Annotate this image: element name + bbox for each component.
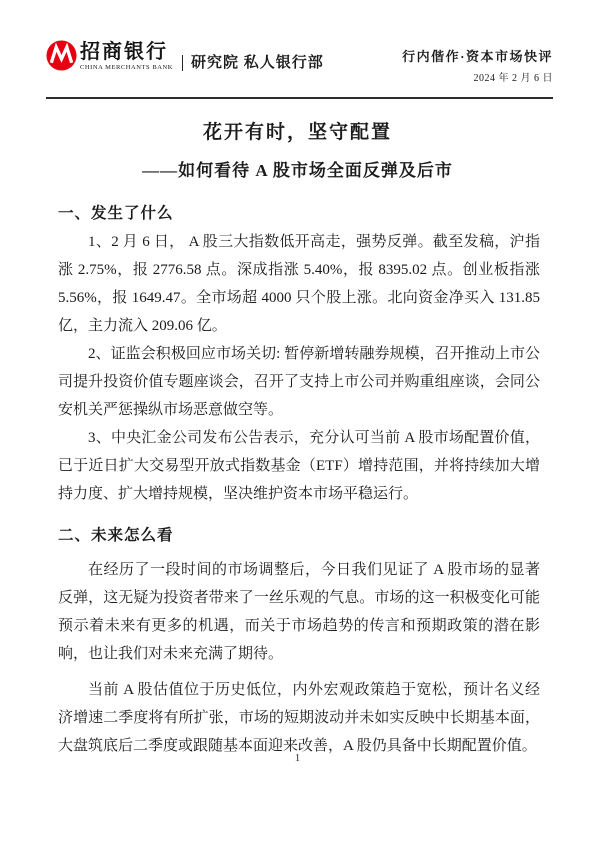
- document-title: 花开有时，坚守配置: [0, 120, 595, 146]
- brand-block: 招商银行 CHINA MERCHANTS BANK 研究院 私人银行部: [46, 40, 324, 71]
- page-number: 1: [0, 752, 595, 764]
- section-1-paragraph-3: 3、中央汇金公司发布公告表示，充分认可当前 A 股市场配置价值，已于近日扩大交易…: [58, 424, 540, 508]
- report-date: 2024 年 2 月 6 日: [402, 69, 553, 84]
- section-1-paragraph-1: 1、2 月 6 日， A 股三大指数低开高走，强势反弹。截至发稿，沪指涨 2.7…: [58, 228, 540, 340]
- bank-name-cn: 招商银行: [80, 42, 173, 63]
- report-series-label: 行内偕作·资本市场快评: [402, 46, 553, 65]
- section-1-paragraph-2: 2、证监会积极回应市场关切: 暂停新增转融券规模，召开推动上市公司提升投资价值专…: [58, 340, 540, 424]
- document-body: 一、发生了什么 1、2 月 6 日， A 股三大指数低开高走，强势反弹。截至发稿…: [58, 200, 540, 760]
- bank-name-en: CHINA MERCHANTS BANK: [80, 64, 173, 71]
- report-header: 招商银行 CHINA MERCHANTS BANK 研究院 私人银行部 行内偕作…: [46, 40, 553, 99]
- section-2-heading: 二、未来怎么看: [58, 522, 540, 550]
- section-2-paragraph-1: 在经历了一段时间的市场调整后，今日我们见证了 A 股市场的显著反弹，这无疑为投资…: [58, 556, 540, 668]
- report-meta: 行内偕作·资本市场快评 2024 年 2 月 6 日: [402, 46, 553, 84]
- section-1-heading: 一、发生了什么: [58, 200, 540, 228]
- report-page: 招商银行 CHINA MERCHANTS BANK 研究院 私人银行部 行内偕作…: [0, 0, 595, 842]
- document-subtitle: ——如何看待 A 股市场全面反弹及后市: [0, 160, 595, 182]
- department-label: 研究院 私人银行部: [182, 55, 324, 72]
- section-2-paragraph-2: 当前 A 股估值位于历史低位，内外宏观政策趋于宽松，预计名义经济增速二季度将有所…: [58, 676, 540, 760]
- bank-name-block: 招商银行 CHINA MERCHANTS BANK: [80, 42, 173, 71]
- cmb-logo-icon: [46, 40, 77, 71]
